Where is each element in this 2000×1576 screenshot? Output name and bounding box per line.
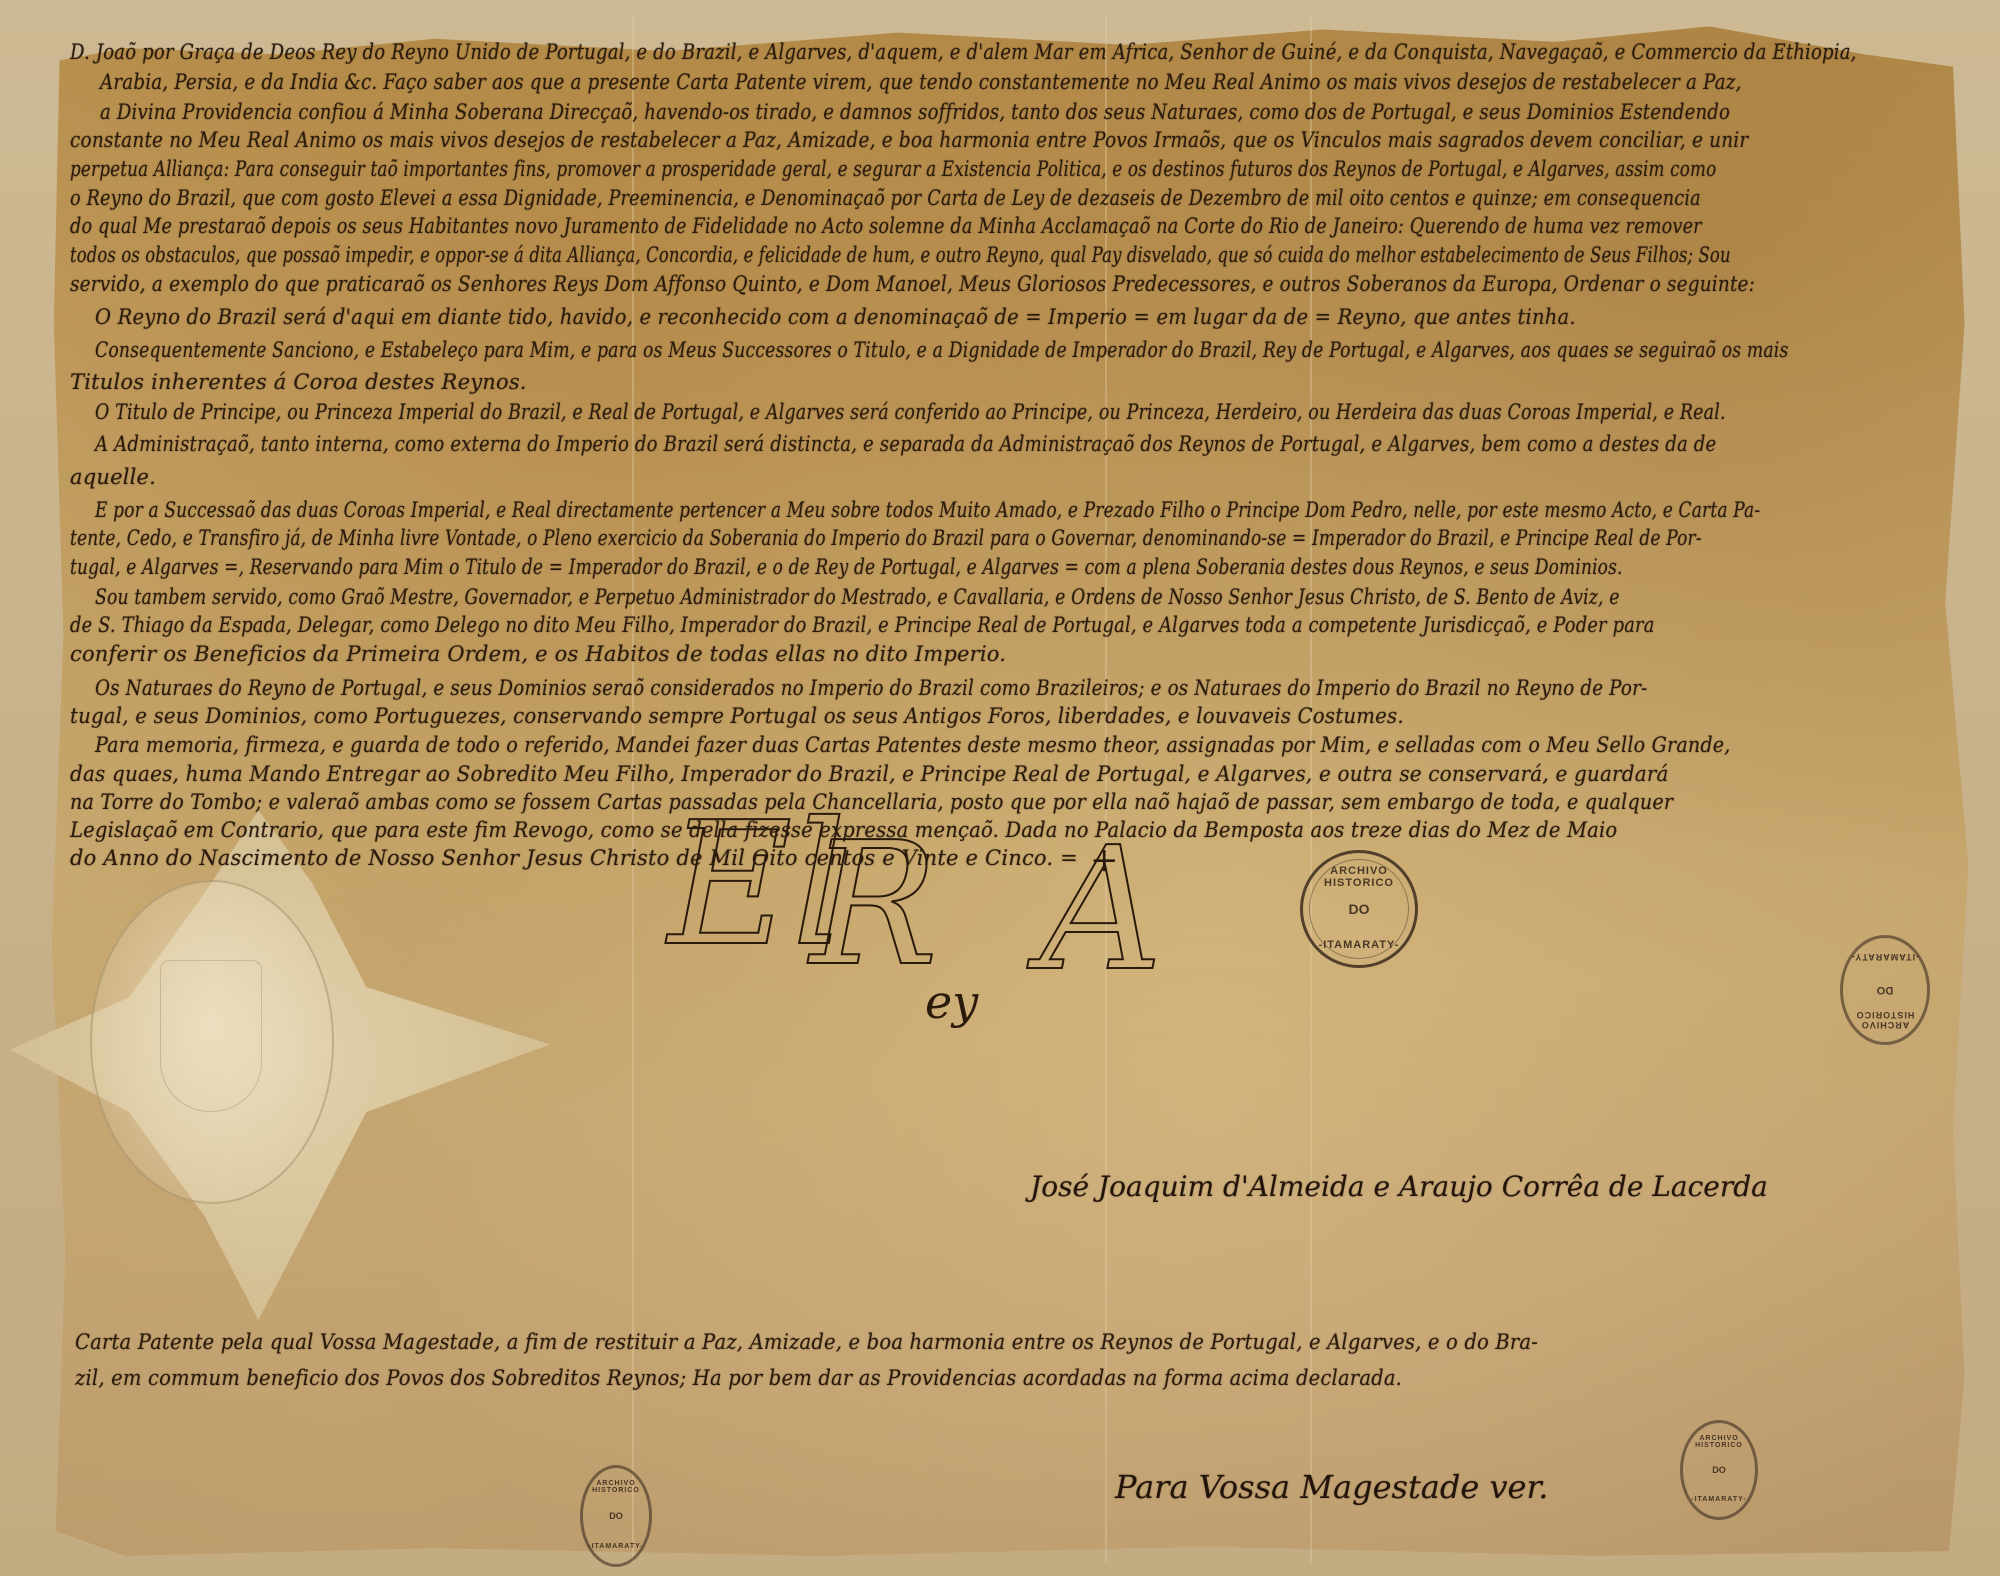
body-line: O Titulo de Principe, ou Princeza Imperi… (95, 400, 1726, 424)
body-line: A Administraçaõ, tanto interna, como ext… (95, 432, 1716, 456)
body-line: E por a Successaõ das duas Coroas Imperi… (95, 498, 1760, 522)
body-line: todos os obstaculos, que possaõ impedir,… (70, 243, 1731, 267)
stamp-top-text: ARCHIVO HISTORICO (1843, 1010, 1927, 1030)
footer-line: zil, em commum beneficio dos Povos dos S… (75, 1366, 1402, 1390)
stamp-middle-text: DO (1877, 984, 1894, 996)
archive-stamp: ARCHIVO HISTORICO DO -ITAMARATY- (1680, 1420, 1758, 1520)
archive-stamp: ARCHIVO HISTORICO DO -ITAMARATY- (580, 1465, 652, 1567)
body-line: Titulos inherentes á Coroa destes Reynos… (70, 370, 527, 394)
archive-stamp: ARCHIVO HISTORICO DO -ITAMARATY- (1300, 850, 1418, 968)
body-line: Os Naturaes do Reyno de Portugal, e seus… (95, 676, 1647, 700)
body-line: Arabia, Persia, e da India &c. Faço sabe… (100, 70, 1742, 94)
body-line: conferir os Beneficios da Primeira Ordem… (70, 642, 1006, 666)
closing-line: Para Vossa Magestade ver. (1115, 1468, 1548, 1506)
body-line: a Divina Providencia confiou á Minha Sob… (100, 100, 1730, 124)
body-line: tente, Cedo, e Transfiro já, de Minha li… (70, 526, 1702, 550)
stamp-bottom-text: -ITAMARATY- (1683, 1496, 1755, 1503)
body-line: tugal, e seus Dominios, como Portuguezes… (70, 704, 1404, 728)
body-line: das quaes, huma Mando Entregar ao Sobred… (70, 762, 1669, 786)
stamp-bottom-text: -ITAMARATY- (1303, 939, 1415, 951)
body-line: aquelle. (70, 465, 156, 489)
stamp-middle-text: DO (609, 1511, 623, 1521)
stamp-bottom-text: -ITAMARATY- (583, 1543, 649, 1550)
body-line: constante no Meu Real Animo os mais vivo… (70, 128, 1748, 152)
stamp-top-text: ARCHIVO HISTORICO (583, 1480, 649, 1494)
body-line: Sou tambem servido, como Graõ Mestre, Go… (95, 585, 1620, 609)
body-line: de S. Thiago da Espada, Delegar, como De… (70, 613, 1655, 637)
body-line: O Reyno do Brazil será d'aqui em diante … (95, 305, 1576, 329)
body-line: servido, a exemplo do que praticaraõ os … (70, 272, 1755, 296)
body-line: perpetua Alliança: Para conseguir taõ im… (70, 157, 1716, 181)
signature-monogram-sub: ey (925, 975, 978, 1029)
footer-line: Carta Patente pela qual Vossa Magestade,… (75, 1330, 1538, 1354)
stamp-top-text: ARCHIVO HISTORICO (1683, 1435, 1755, 1449)
signature-monogram-r: R (810, 820, 938, 990)
stamp-middle-text: DO (1712, 1465, 1726, 1475)
stamp-top-text: ARCHIVO HISTORICO (1303, 865, 1415, 889)
archive-stamp: ARCHIVO HISTORICO DO -ITAMARATY- (1840, 935, 1930, 1045)
cross-mark-icon: + (1090, 840, 1119, 880)
minister-signature: José Joaquim d'Almeida e Araujo Corrêa d… (1030, 1170, 1768, 1203)
body-line: o Reyno do Brazil, que com gosto Elevei … (70, 186, 1701, 210)
stamp-bottom-text: -ITAMARATY- (1843, 952, 1927, 962)
body-line: Para memoria, firmeza, e guarda de todo … (95, 733, 1731, 757)
body-line: D. Joaõ por Graça de Deos Rey do Reyno U… (70, 40, 1857, 64)
body-line: tugal, e Algarves =, Reservando para Mim… (70, 555, 1623, 579)
body-line: Consequentemente Sanciono, e Estabeleço … (95, 338, 1788, 362)
seal-crest-icon (160, 960, 262, 1112)
body-line: do qual Me prestaraõ depois os seus Habi… (70, 214, 1702, 238)
